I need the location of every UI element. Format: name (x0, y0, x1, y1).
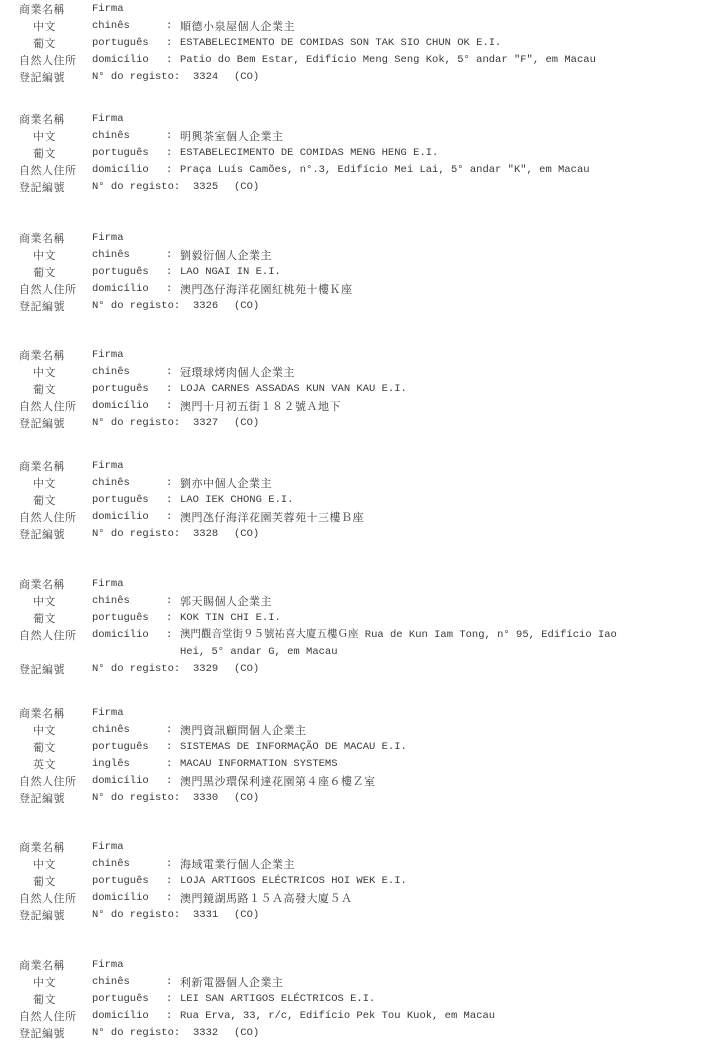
firma-label-pt: Firma (92, 576, 124, 593)
portugues-label-zh: 葡文 (33, 264, 56, 281)
firma-label-zh: 商業名稱 (19, 957, 65, 974)
domicilio-value: 澳門氹仔海洋花園芙蓉苑十三樓Ｂ座 (180, 509, 364, 526)
domicilio-row: 自然人住所 domicílio : 澳門氹仔海洋花園紅桃苑十樓Ｋ座 (0, 281, 708, 298)
registo-row: 登記編號 N° do registo: 3325 (CO) (0, 179, 708, 196)
portugues-row: 葡文 português : LAO IEK CHONG E.I. (0, 492, 708, 509)
domicilio-row: 自然人住所 domicílio : 澳門鏡湖馬路１５Ａ高發大廈５Ａ (0, 890, 708, 907)
firma-label-zh: 商業名稱 (19, 347, 65, 364)
colon: : (166, 873, 172, 890)
ingles-label-pt: inglês (92, 756, 130, 773)
chines-label-zh: 中文 (33, 364, 56, 381)
registo-row: 登記編號 N° do registo: 3324 (CO) (0, 69, 708, 86)
domicilio-value: Rua Erva, 33, r/c, Edifício Pek Tou Kuok… (180, 1008, 495, 1025)
firma-label-pt: Firma (92, 111, 124, 128)
portugues-label-zh: 葡文 (33, 145, 56, 162)
domicilio-label-zh: 自然人住所 (19, 162, 77, 179)
firma-label-pt: Firma (92, 347, 124, 364)
chines-label-zh: 中文 (33, 856, 56, 873)
portugues-label-pt: português (92, 610, 149, 627)
portugues-label-zh: 葡文 (33, 873, 56, 890)
colon: : (166, 773, 172, 790)
registo-label-pt: N° do registo: (92, 179, 180, 196)
firma-label-zh: 商業名稱 (19, 1, 65, 18)
colon: : (166, 381, 172, 398)
ingles-label-zh: 英文 (33, 756, 56, 773)
registo-label-pt: N° do registo: (92, 298, 180, 315)
registo-label-zh: 登記編號 (19, 415, 65, 432)
firma-label-zh: 商業名稱 (19, 839, 65, 856)
chines-row: 中文 chinês : 明興茶室個人企業主 (0, 128, 708, 145)
domicilio-label-zh: 自然人住所 (19, 398, 77, 415)
chines-value: 劉毅衍個人企業主 (180, 247, 272, 264)
portugues-label-pt: português (92, 739, 149, 756)
colon: : (166, 247, 172, 264)
portugues-label-pt: português (92, 264, 149, 281)
registo-type: (CO) (234, 661, 259, 678)
firma-label-pt: Firma (92, 1, 124, 18)
firma-label-pt: Firma (92, 705, 124, 722)
domicilio-row: 自然人住所 domicílio : Patio do Bem Estar, Ed… (0, 52, 708, 69)
portugues-label-pt: português (92, 873, 149, 890)
colon: : (166, 756, 172, 773)
colon: : (166, 991, 172, 1008)
registry-entry: 商業名稱 Firma 中文 chinês : 冠環球烤肉個人企業主 葡文 por… (0, 347, 708, 432)
registo-type: (CO) (234, 69, 259, 86)
colon: : (166, 398, 172, 415)
chines-label-pt: chinês (92, 974, 130, 991)
registry-entry: 商業名稱 Firma 中文 chinês : 郭天賜個人企業主 葡文 portu… (0, 576, 708, 678)
domicilio-label-pt: domicílio (92, 1008, 149, 1025)
registry-entry: 商業名稱 Firma 中文 chinês : 澳門資訊顧問個人企業主 葡文 po… (0, 705, 708, 807)
domicilio-row: 自然人住所 domicílio : 澳門黑沙環保利達花園第４座６樓Ｚ室 (0, 773, 708, 790)
chines-label-pt: chinês (92, 364, 130, 381)
colon: : (166, 492, 172, 509)
portugues-value: LAO IEK CHONG E.I. (180, 492, 293, 509)
registo-type: (CO) (234, 526, 259, 543)
domicilio-label-zh: 自然人住所 (19, 509, 77, 526)
chines-value: 澳門資訊顧問個人企業主 (180, 722, 307, 739)
colon: : (166, 475, 172, 492)
colon: : (166, 856, 172, 873)
registo-number: 3330 (193, 790, 218, 807)
colon: : (166, 18, 172, 35)
chines-label-zh: 中文 (33, 128, 56, 145)
portugues-label-zh: 葡文 (33, 991, 56, 1008)
colon: : (166, 264, 172, 281)
chines-value: 郭天賜個人企業主 (180, 593, 272, 610)
firma-label-pt: Firma (92, 957, 124, 974)
registo-row: 登記編號 N° do registo: 3326 (CO) (0, 298, 708, 315)
firma-label-zh: 商業名稱 (19, 458, 65, 475)
firma-row: 商業名稱 Firma (0, 230, 708, 247)
domicilio-label-pt: domicílio (92, 52, 149, 69)
firma-row: 商業名稱 Firma (0, 705, 708, 722)
registo-row: 登記編號 N° do registo: 3327 (CO) (0, 415, 708, 432)
portugues-label-pt: português (92, 145, 149, 162)
portugues-value: LEI SAN ARTIGOS ELÉCTRICOS E.I. (180, 991, 375, 1008)
registo-row: 登記編號 N° do registo: 3329 (CO) (0, 661, 708, 678)
portugues-value: SISTEMAS DE INFORMAÇÃO DE MACAU E.I. (180, 739, 407, 756)
chines-label-zh: 中文 (33, 475, 56, 492)
registo-number: 3325 (193, 179, 218, 196)
registry-entry: 商業名稱 Firma 中文 chinês : 海域電業行個人企業主 葡文 por… (0, 839, 708, 924)
portugues-label-zh: 葡文 (33, 381, 56, 398)
portugues-row: 葡文 português : LEI SAN ARTIGOS ELÉCTRICO… (0, 991, 708, 1008)
registo-label-zh: 登記編號 (19, 179, 65, 196)
colon: : (166, 52, 172, 69)
chines-row: 中文 chinês : 海域電業行個人企業主 (0, 856, 708, 873)
registo-number: 3328 (193, 526, 218, 543)
chines-row: 中文 chinês : 郭天賜個人企業主 (0, 593, 708, 610)
registo-row: 登記編號 N° do registo: 3331 (CO) (0, 907, 708, 924)
registo-number: 3329 (193, 661, 218, 678)
portugues-row: 葡文 português : ESTABELECIMENTO DE COMIDA… (0, 35, 708, 52)
portugues-value: ESTABELECIMENTO DE COMIDAS MENG HENG E.I… (180, 145, 438, 162)
registo-label-pt: N° do registo: (92, 415, 180, 432)
chines-label-pt: chinês (92, 856, 130, 873)
portugues-row: 葡文 português : LOJA CARNES ASSADAS KUN V… (0, 381, 708, 398)
registo-label-zh: 登記編號 (19, 907, 65, 924)
domicilio-label-zh: 自然人住所 (19, 52, 77, 69)
portugues-label-zh: 葡文 (33, 492, 56, 509)
registo-row: 登記編號 N° do registo: 3328 (CO) (0, 526, 708, 543)
registo-label-zh: 登記編號 (19, 526, 65, 543)
registo-label-pt: N° do registo: (92, 1025, 180, 1042)
portugues-label-zh: 葡文 (33, 35, 56, 52)
registo-label-pt: N° do registo: (92, 790, 180, 807)
colon: : (166, 162, 172, 179)
portugues-label-zh: 葡文 (33, 610, 56, 627)
firma-label-zh: 商業名稱 (19, 230, 65, 247)
registo-type: (CO) (234, 790, 259, 807)
colon: : (166, 128, 172, 145)
chines-value: 海域電業行個人企業主 (180, 856, 295, 873)
chines-label-zh: 中文 (33, 18, 56, 35)
chines-value: 劉亦中個人企業主 (180, 475, 272, 492)
portugues-value: LAO NGAI IN E.I. (180, 264, 281, 281)
registo-label-zh: 登記編號 (19, 661, 65, 678)
domicilio-label-pt: domicílio (92, 281, 149, 298)
portugues-row: 葡文 português : KOK TIN CHI E.I. (0, 610, 708, 627)
registry-entry: 商業名稱 Firma 中文 chinês : 劉毅衍個人企業主 葡文 portu… (0, 230, 708, 315)
domicilio-row: 自然人住所 domicílio : 澳門氹仔海洋花園芙蓉苑十三樓Ｂ座 (0, 509, 708, 526)
domicilio-label-zh: 自然人住所 (19, 773, 77, 790)
colon: : (166, 1008, 172, 1025)
registo-number: 3324 (193, 69, 218, 86)
colon: : (166, 890, 172, 907)
chines-value: 順德小泉屋個人企業主 (180, 18, 295, 35)
colon: : (166, 281, 172, 298)
domicilio-label-pt: domicílio (92, 509, 149, 526)
firma-row: 商業名稱 Firma (0, 957, 708, 974)
firma-label-zh: 商業名稱 (19, 111, 65, 128)
domicilio-row: 自然人住所 domicílio : Rua Erva, 33, r/c, Edi… (0, 1008, 708, 1025)
colon: : (166, 739, 172, 756)
domicilio-label-pt: domicílio (92, 627, 149, 644)
ingles-value: MACAU INFORMATION SYSTEMS (180, 756, 338, 773)
colon: : (166, 35, 172, 52)
firma-label-pt: Firma (92, 839, 124, 856)
portugues-label-pt: português (92, 381, 149, 398)
chines-row: 中文 chinês : 順德小泉屋個人企業主 (0, 18, 708, 35)
chines-label-zh: 中文 (33, 722, 56, 739)
registo-label-pt: N° do registo: (92, 661, 180, 678)
registo-row: 登記編號 N° do registo: 3332 (CO) (0, 1025, 708, 1042)
firma-row: 商業名稱 Firma (0, 111, 708, 128)
chines-value: 冠環球烤肉個人企業主 (180, 364, 295, 381)
firma-row: 商業名稱 Firma (0, 576, 708, 593)
domicilio-value: Praça Luís Camões, n°.3, Edifício Mei La… (180, 162, 590, 179)
registo-type: (CO) (234, 298, 259, 315)
portugues-value: LOJA ARTIGOS ELÉCTRICOS HOI WEK E.I. (180, 873, 407, 890)
domicilio-value: 澳門黑沙環保利達花園第４座６樓Ｚ室 (180, 773, 376, 790)
domicilio-continuation-row: Hei, 5° andar G, em Macau (0, 644, 708, 661)
firma-row: 商業名稱 Firma (0, 1, 708, 18)
registry-entry: 商業名稱 Firma 中文 chinês : 利新電器個人企業主 葡文 port… (0, 957, 708, 1042)
chines-row: 中文 chinês : 劉亦中個人企業主 (0, 475, 708, 492)
domicilio-value: 澳門氹仔海洋花園紅桃苑十樓Ｋ座 (180, 281, 353, 298)
chines-value: 明興茶室個人企業主 (180, 128, 284, 145)
chines-label-pt: chinês (92, 593, 130, 610)
registo-label-zh: 登記編號 (19, 790, 65, 807)
chines-label-zh: 中文 (33, 247, 56, 264)
domicilio-row: 自然人住所 domicílio : 澳門觀音堂街９５號祐喜大廈五樓Ｇ座 Rua … (0, 627, 708, 644)
registry-entry: 商業名稱 Firma 中文 chinês : 順德小泉屋個人企業主 葡文 por… (0, 1, 708, 86)
colon: : (166, 974, 172, 991)
chines-label-zh: 中文 (33, 974, 56, 991)
registo-label-zh: 登記編號 (19, 69, 65, 86)
portugues-value: LOJA CARNES ASSADAS KUN VAN KAU E.I. (180, 381, 407, 398)
chines-row: 中文 chinês : 利新電器個人企業主 (0, 974, 708, 991)
portugues-row: 葡文 português : LOJA ARTIGOS ELÉCTRICOS H… (0, 873, 708, 890)
ingles-row: 英文 inglês : MACAU INFORMATION SYSTEMS (0, 756, 708, 773)
firma-row: 商業名稱 Firma (0, 458, 708, 475)
firma-label-zh: 商業名稱 (19, 576, 65, 593)
registry-entry: 商業名稱 Firma 中文 chinês : 劉亦中個人企業主 葡文 portu… (0, 458, 708, 543)
portugues-value: KOK TIN CHI E.I. (180, 610, 281, 627)
registo-number: 3331 (193, 907, 218, 924)
domicilio-row: 自然人住所 domicílio : Praça Luís Camões, n°.… (0, 162, 708, 179)
chines-label-pt: chinês (92, 722, 130, 739)
registo-label-pt: N° do registo: (92, 69, 180, 86)
domicilio-row: 自然人住所 domicílio : 澳門十月初五街１８２號Ａ地下 (0, 398, 708, 415)
registo-label-zh: 登記編號 (19, 1025, 65, 1042)
registo-number: 3327 (193, 415, 218, 432)
portugues-row: 葡文 português : SISTEMAS DE INFORMAÇÃO DE… (0, 739, 708, 756)
registo-type: (CO) (234, 907, 259, 924)
registo-label-pt: N° do registo: (92, 526, 180, 543)
portugues-row: 葡文 português : LAO NGAI IN E.I. (0, 264, 708, 281)
registry-entry: 商業名稱 Firma 中文 chinês : 明興茶室個人企業主 葡文 port… (0, 111, 708, 196)
domicilio-label-zh: 自然人住所 (19, 1008, 77, 1025)
chines-label-pt: chinês (92, 475, 130, 492)
portugues-label-zh: 葡文 (33, 739, 56, 756)
portugues-label-pt: português (92, 991, 149, 1008)
chines-label-pt: chinês (92, 18, 130, 35)
registo-row: 登記編號 N° do registo: 3330 (CO) (0, 790, 708, 807)
domicilio-value-continuation: Hei, 5° andar G, em Macau (180, 644, 338, 661)
colon: : (166, 145, 172, 162)
chines-label-zh: 中文 (33, 593, 56, 610)
registo-label-zh: 登記編號 (19, 298, 65, 315)
domicilio-value: 澳門觀音堂街９５號祐喜大廈五樓Ｇ座 Rua de Kun Iam Tong, n… (180, 627, 617, 644)
portugues-row: 葡文 português : ESTABELECIMENTO DE COMIDA… (0, 145, 708, 162)
registo-label-pt: N° do registo: (92, 907, 180, 924)
domicilio-label-pt: domicílio (92, 890, 149, 907)
chines-label-pt: chinês (92, 128, 130, 145)
domicilio-label-pt: domicílio (92, 773, 149, 790)
firma-row: 商業名稱 Firma (0, 839, 708, 856)
chines-label-pt: chinês (92, 247, 130, 264)
domicilio-value: 澳門鏡湖馬路１５Ａ高發大廈５Ａ (180, 890, 353, 907)
domicilio-label-pt: domicílio (92, 162, 149, 179)
firma-row: 商業名稱 Firma (0, 347, 708, 364)
registo-type: (CO) (234, 1025, 259, 1042)
colon: : (166, 593, 172, 610)
firma-label-pt: Firma (92, 230, 124, 247)
domicilio-label-zh: 自然人住所 (19, 627, 77, 644)
firma-label-pt: Firma (92, 458, 124, 475)
domicilio-value: 澳門十月初五街１８２號Ａ地下 (180, 398, 341, 415)
domicilio-label-pt: domicílio (92, 398, 149, 415)
domicilio-value: Patio do Bem Estar, Edifício Meng Seng K… (180, 52, 596, 69)
portugues-label-pt: português (92, 35, 149, 52)
chines-value: 利新電器個人企業主 (180, 974, 284, 991)
chines-row: 中文 chinês : 澳門資訊顧問個人企業主 (0, 722, 708, 739)
portugues-value: ESTABELECIMENTO DE COMIDAS SON TAK SIO C… (180, 35, 501, 52)
colon: : (166, 610, 172, 627)
registo-number: 3326 (193, 298, 218, 315)
domicilio-label-zh: 自然人住所 (19, 890, 77, 907)
firma-label-zh: 商業名稱 (19, 705, 65, 722)
chines-row: 中文 chinês : 劉毅衍個人企業主 (0, 247, 708, 264)
portugues-label-pt: português (92, 492, 149, 509)
colon: : (166, 509, 172, 526)
registo-type: (CO) (234, 415, 259, 432)
colon: : (166, 627, 172, 644)
registo-type: (CO) (234, 179, 259, 196)
colon: : (166, 722, 172, 739)
colon: : (166, 364, 172, 381)
registo-number: 3332 (193, 1025, 218, 1042)
chines-row: 中文 chinês : 冠環球烤肉個人企業主 (0, 364, 708, 381)
domicilio-label-zh: 自然人住所 (19, 281, 77, 298)
